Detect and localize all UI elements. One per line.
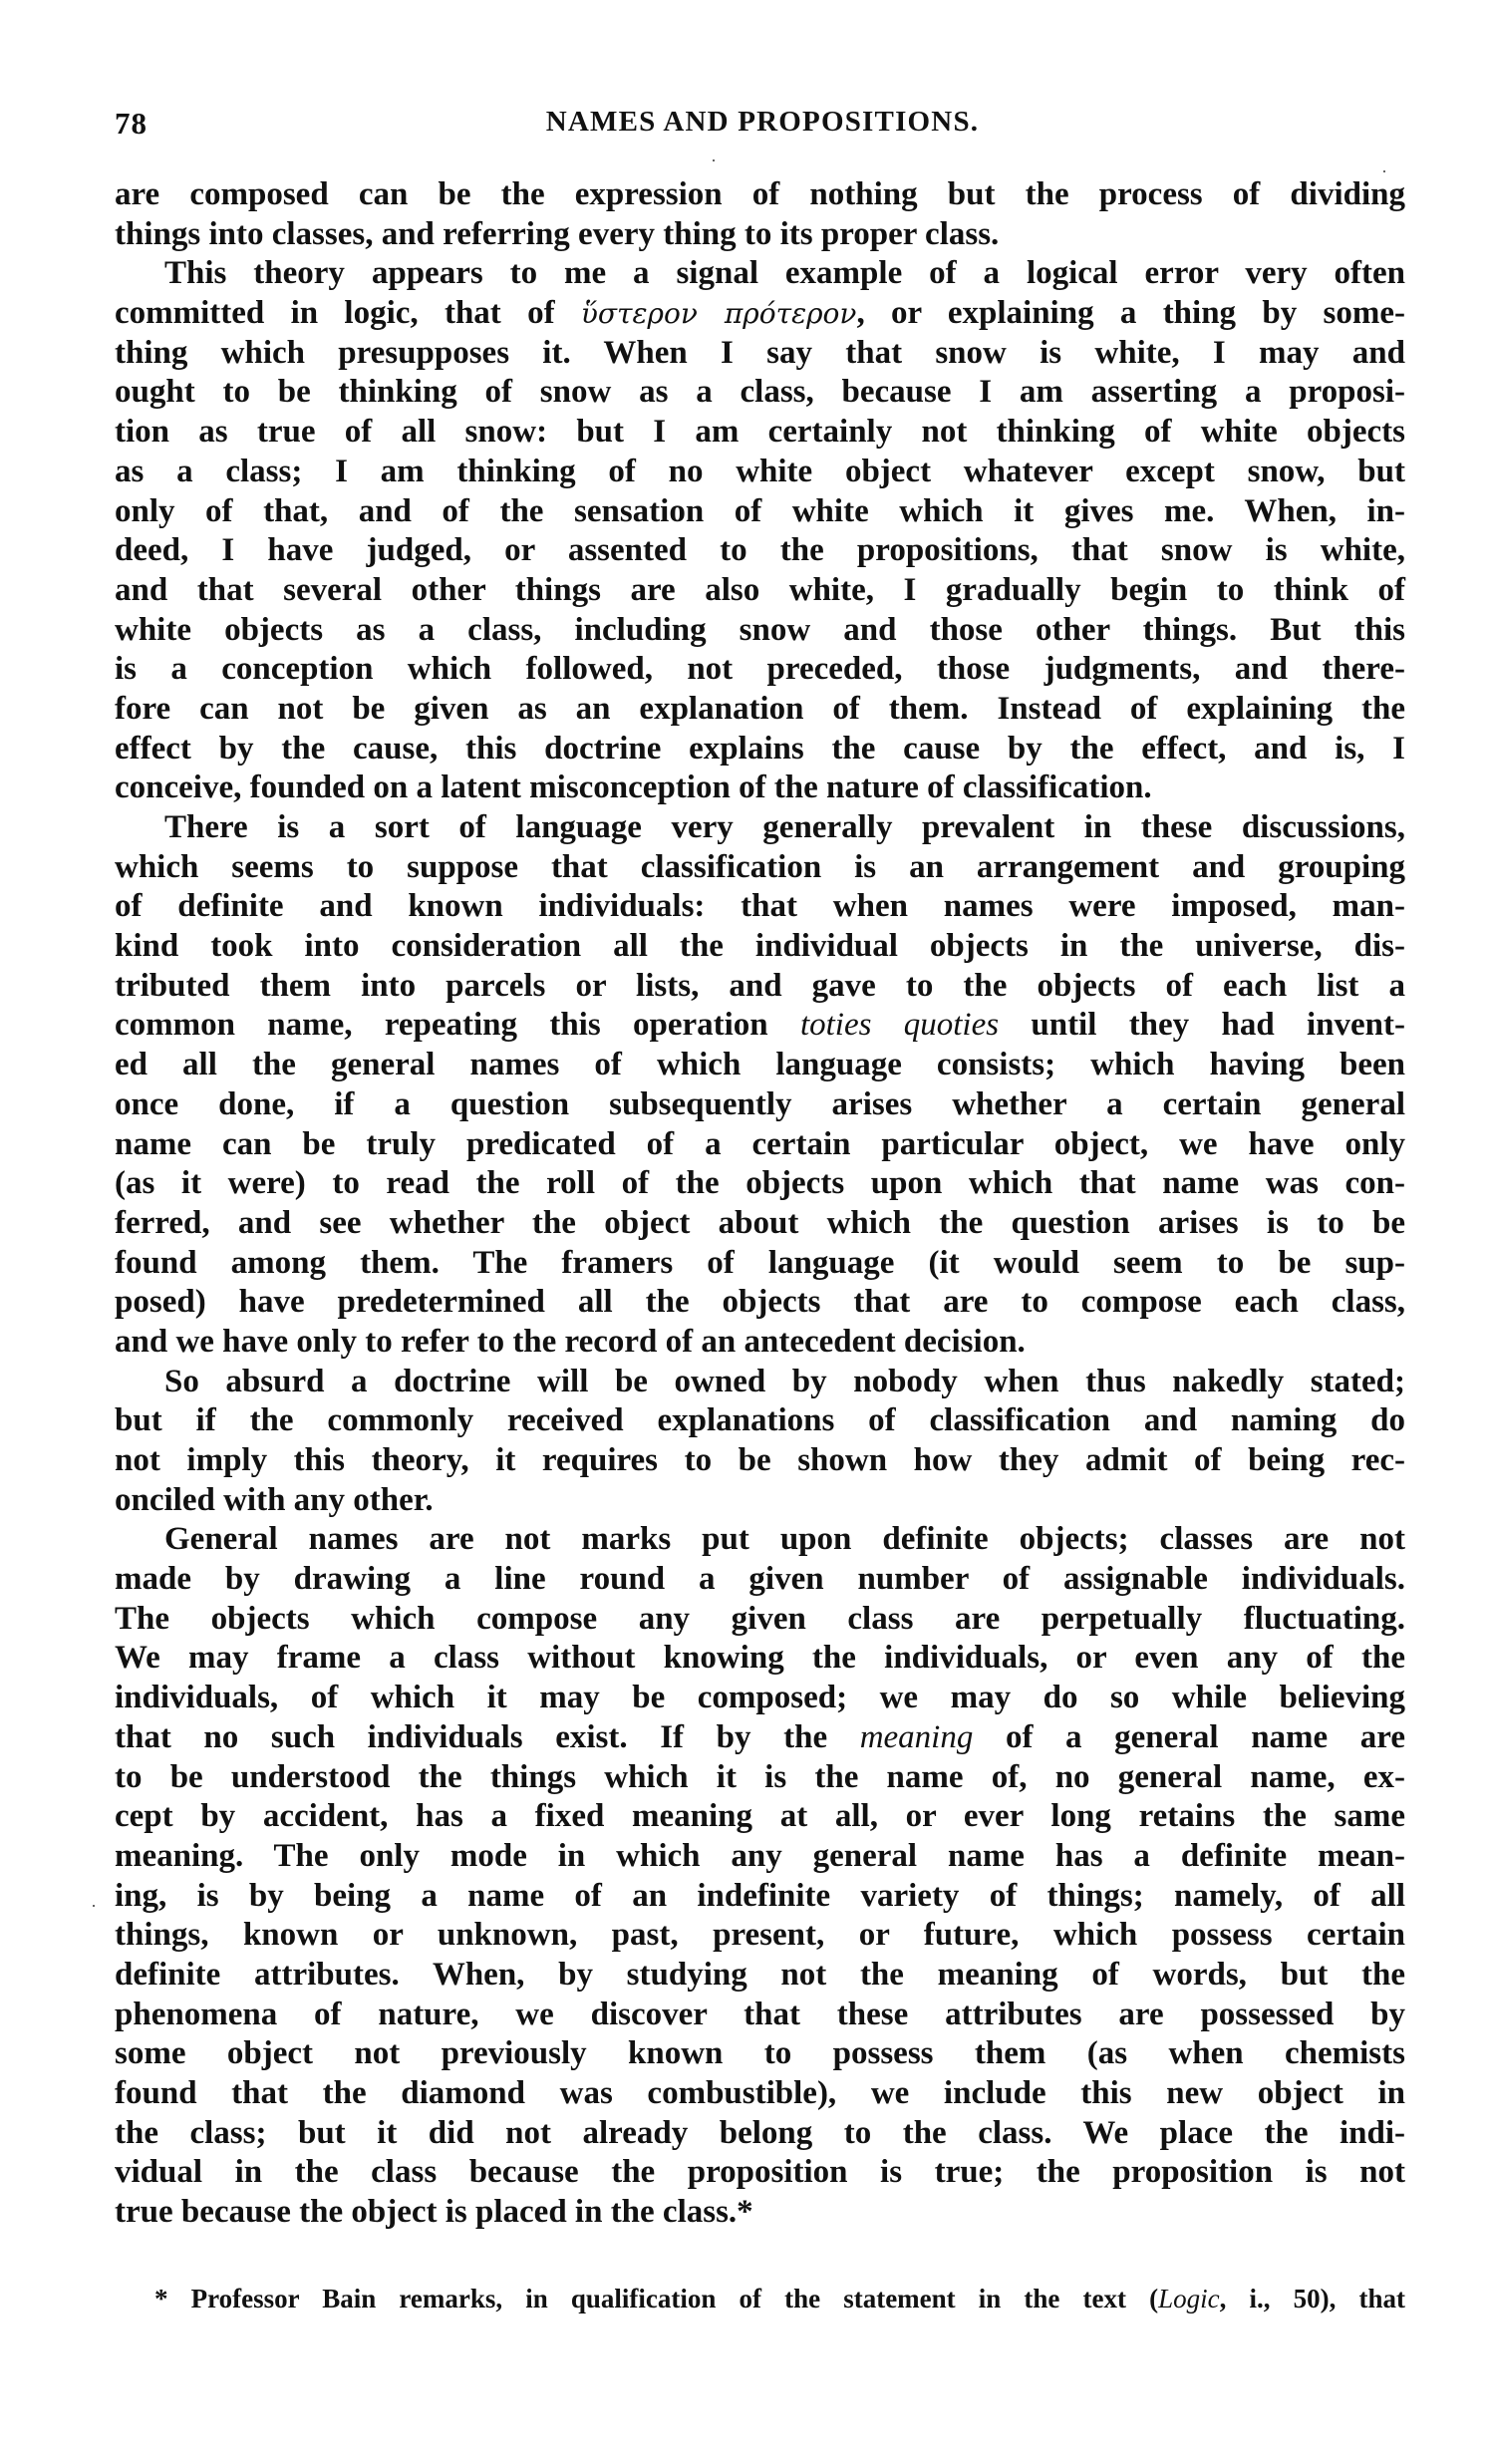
italic-phrase: toties quoties: [800, 1007, 999, 1043]
line-text: common name, repeating this operation: [115, 1007, 800, 1043]
running-title: NAMES AND PROPOSITIONS.: [508, 106, 1017, 139]
text-line: cept by accident, has a fixed meaning at…: [115, 1797, 1405, 1837]
text-line: as a class; I am thinking of no white ob…: [115, 453, 1405, 492]
line-text: of a general name are: [973, 1719, 1405, 1755]
text-line: deed, I have judged, or assented to the …: [115, 531, 1405, 571]
text-line: the class; but it did not already belong…: [115, 2114, 1405, 2154]
text-line: definite attributes. When, by studying n…: [115, 1956, 1405, 1996]
text-line: tributed them into parcels or lists, and…: [115, 967, 1405, 1007]
text-line: kind took into consideration all the ind…: [115, 927, 1405, 967]
text-line: made by drawing a line round a given num…: [115, 1560, 1405, 1600]
text-line: white objects as a class, including snow…: [115, 611, 1405, 651]
text-line: ought to be thinking of snow as a class,…: [115, 373, 1405, 413]
text-line: thing which presupposes it. When I say t…: [115, 334, 1405, 374]
line-text: , or explaining a thing by some-: [856, 295, 1405, 331]
text-line: found among them. The framers of languag…: [115, 1244, 1405, 1284]
text-line: things into classes, and referring every…: [115, 215, 1405, 255]
text-line: not imply this theory, it requires to be…: [115, 1441, 1405, 1481]
text-line: The objects which compose any given clas…: [115, 1600, 1405, 1640]
text-line: onciled with any other.: [115, 1481, 1405, 1521]
text-line: ed all the general names of which langua…: [115, 1046, 1405, 1085]
text-line: We may frame a class without knowing the…: [115, 1639, 1405, 1679]
text-line: common name, repeating this operation to…: [115, 1006, 1405, 1046]
italic-phrase: meaning: [860, 1719, 974, 1755]
text-line: to be understood the things which it is …: [115, 1758, 1405, 1798]
text-line: vidual in the class because the proposit…: [115, 2153, 1405, 2193]
text-line: true because the object is placed in the…: [115, 2193, 1405, 2233]
text-line: fore can not be given as an explanation …: [115, 690, 1405, 730]
text-line: (as it were) to read the roll of the obj…: [115, 1164, 1405, 1204]
text-line: This theory appears to me a signal examp…: [115, 254, 1405, 294]
text-line: committed in logic, that of ὕστερον πρότ…: [115, 294, 1405, 334]
text-line: and we have only to refer to the record …: [115, 1323, 1405, 1363]
text-line: So absurd a doctrine will be owned by no…: [115, 1363, 1405, 1402]
text-line: General names are not marks put upon def…: [115, 1520, 1405, 1560]
text-line: name can be truly predicated of a certai…: [115, 1125, 1405, 1165]
footnote-citation-title: Logic: [1158, 2284, 1220, 2313]
text-line: but if the commonly received explanation…: [115, 1401, 1405, 1441]
text-line: ing, is by being a name of an indefinite…: [115, 1877, 1405, 1917]
scan-speck: [1383, 170, 1385, 172]
text-line: ferred, and see whether the object about…: [115, 1204, 1405, 1244]
text-line: conceive, founded on a latent misconcept…: [115, 769, 1405, 808]
text-line: tion as true of all snow: but I am certa…: [115, 413, 1405, 453]
text-line: are composed can be the expression of no…: [115, 175, 1405, 215]
line-text: that no such individuals exist. If by th…: [115, 1719, 860, 1755]
scan-speck: [93, 1905, 95, 1907]
text-line: of definite and known individuals: that …: [115, 887, 1405, 927]
page-number: 78: [115, 106, 148, 142]
text-line: found that the diamond was combustible),…: [115, 2074, 1405, 2114]
line-text: committed in logic, that of: [115, 295, 581, 331]
text-line: effect by the cause, this doctrine expla…: [115, 730, 1405, 770]
text-line: that no such individuals exist. If by th…: [115, 1718, 1405, 1758]
page-header: 78 NAMES AND PROPOSITIONS.: [115, 104, 1405, 148]
text-line: which seems to suppose that classificati…: [115, 848, 1405, 888]
text-line: phenomena of nature, we discover that th…: [115, 1996, 1405, 2035]
line-text: until they had invent-: [999, 1007, 1405, 1043]
text-line: once done, if a question subsequently ar…: [115, 1085, 1405, 1125]
text-line: posed) have predetermined all the object…: [115, 1283, 1405, 1323]
footnote-text-end: , i., 50), that: [1220, 2284, 1405, 2313]
text-line: only of that, and of the sensation of wh…: [115, 492, 1405, 532]
text-line: and that several other things are also w…: [115, 571, 1405, 611]
greek-phrase: ὕστερον πρότερον: [581, 297, 857, 330]
scan-speck: [713, 159, 715, 161]
body-text: are composed can be the expression of no…: [115, 175, 1405, 2233]
text-line: There is a sort of language very general…: [115, 808, 1405, 848]
footnote-text-start: * Professor Bain remarks, in qualificati…: [154, 2284, 1158, 2313]
footnote: * Professor Bain remarks, in qualificati…: [154, 2281, 1405, 2316]
text-line: things, known or unknown, past, present,…: [115, 1916, 1405, 1956]
text-line: individuals, of which it may be composed…: [115, 1679, 1405, 1718]
text-line: meaning. The only mode in which any gene…: [115, 1837, 1405, 1877]
text-line: some object not previously known to poss…: [115, 2034, 1405, 2074]
text-line: is a conception which followed, not prec…: [115, 650, 1405, 690]
